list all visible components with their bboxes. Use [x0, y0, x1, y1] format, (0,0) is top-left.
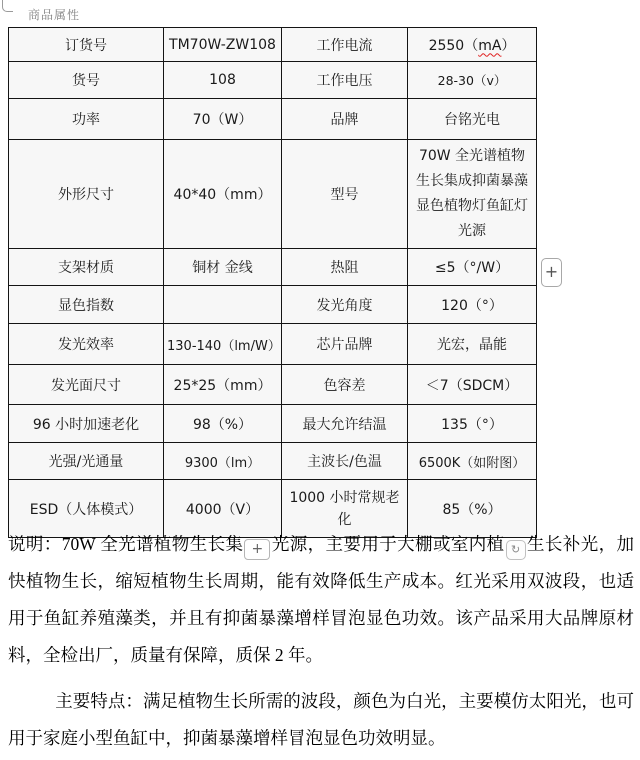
- spec-value: 光宏，晶能: [408, 324, 537, 365]
- section-title: 商品属性: [28, 6, 80, 23]
- spec-value: TM70W-ZW108: [164, 28, 282, 62]
- spec-label: 品牌: [282, 99, 408, 140]
- spec-value: 135（°）: [408, 405, 537, 443]
- features-paragraph: 主要特点：满足植物生长所需的波段，颜色为白光，主要模仿太阳光，也可用于家庭小型鱼…: [8, 683, 634, 757]
- spec-value-empty: [164, 286, 282, 324]
- spec-label: 工作电压: [282, 62, 408, 99]
- spec-label: 货号: [9, 62, 164, 99]
- table-row: 功率 70（W） 品牌 台铭光电: [9, 99, 537, 140]
- description-paragraph: 说明：70W 全光谱植物生长集+光源，主要用于大棚或室内植↻生长补光，加快植物生…: [8, 526, 634, 674]
- table-row: 光强/光通量 9300（lm） 主波长/色温 6500K（如附图）: [9, 443, 537, 480]
- spec-value: 25*25（mm）: [164, 365, 282, 405]
- spellcheck-flagged-text: mA: [478, 38, 501, 54]
- table-row: 发光效率 130-140（lm/W） 芯片品牌 光宏，晶能: [9, 324, 537, 365]
- expand-table-button[interactable]: +: [541, 258, 562, 287]
- spec-label: 发光效率: [9, 324, 164, 365]
- spec-value: 9300（lm）: [164, 443, 282, 480]
- spec-value: 98（%）: [164, 405, 282, 443]
- description-text: 说明：70W 全光谱植物生长集: [8, 534, 243, 554]
- cropped-panel-corner: [2, 0, 13, 12]
- spec-value: 6500K（如附图）: [408, 443, 537, 480]
- spec-value: 2550（mA）: [408, 28, 537, 62]
- spec-value: 120（°）: [408, 286, 537, 324]
- spec-label: 显色指数: [9, 286, 164, 324]
- spec-value: 70W 全光谱植物生长集成抑菌暴藻显色植物灯鱼缸灯 光源: [408, 140, 537, 249]
- spec-label: 型号: [282, 140, 408, 249]
- spec-value: 台铭光电: [408, 99, 537, 140]
- spec-value: 108: [164, 62, 282, 99]
- spec-value: ≤5（°/W）: [408, 249, 537, 286]
- spec-value: 28-30（v）: [408, 62, 537, 99]
- spec-label: 发光面尺寸: [9, 365, 164, 405]
- spec-label: 功率: [9, 99, 164, 140]
- spec-label: 芯片品牌: [282, 324, 408, 365]
- spec-label: 96 小时加速老化: [9, 405, 164, 443]
- spec-value: ＜7（SDCM）: [408, 365, 537, 405]
- spec-label: 订货号: [9, 28, 164, 62]
- table-row: 外形尺寸 40*40（mm） 型号 70W 全光谱植物生长集成抑菌暴藻显色植物灯…: [9, 140, 537, 249]
- table-row: 发光面尺寸 25*25（mm） 色容差 ＜7（SDCM）: [9, 365, 537, 405]
- table-row: 订货号 TM70W-ZW108 工作电流 2550（mA）: [9, 28, 537, 62]
- spec-label: 色容差: [282, 365, 408, 405]
- broken-image-icon: ↻: [506, 540, 526, 560]
- spec-value: 70（W）: [164, 99, 282, 140]
- spec-label: 热阻: [282, 249, 408, 286]
- value-text: ）: [501, 38, 515, 54]
- spec-value: 40*40（mm）: [164, 140, 282, 249]
- spec-label: 支架材质: [9, 249, 164, 286]
- table-row: 支架材质 铜材 金线 热阻 ≤5（°/W）: [9, 249, 537, 286]
- table-row: 货号 108 工作电压 28-30（v）: [9, 62, 537, 99]
- table-row: 显色指数 发光角度 120（°）: [9, 286, 537, 324]
- spec-value: 铜材 金线: [164, 249, 282, 286]
- spec-label: 发光角度: [282, 286, 408, 324]
- spec-value: 130-140（lm/W）: [164, 324, 282, 365]
- insert-plus-icon[interactable]: +: [244, 539, 270, 560]
- product-description: 说明：70W 全光谱植物生长集+光源，主要用于大棚或室内植↻生长补光，加快植物生…: [8, 526, 634, 757]
- value-text: 2550（: [429, 38, 479, 54]
- spec-label: 最大允许结温: [282, 405, 408, 443]
- spec-label: 外形尺寸: [9, 140, 164, 249]
- description-text: 光源，主要用于大棚或室内植: [271, 534, 504, 554]
- spec-label: 主波长/色温: [282, 443, 408, 480]
- product-spec-table: 订货号 TM70W-ZW108 工作电流 2550（mA） 货号 108 工作电…: [8, 27, 537, 538]
- spec-label: 工作电流: [282, 28, 408, 62]
- table-row: 96 小时加速老化 98（%） 最大允许结温 135（°）: [9, 405, 537, 443]
- spec-label: 光强/光通量: [9, 443, 164, 480]
